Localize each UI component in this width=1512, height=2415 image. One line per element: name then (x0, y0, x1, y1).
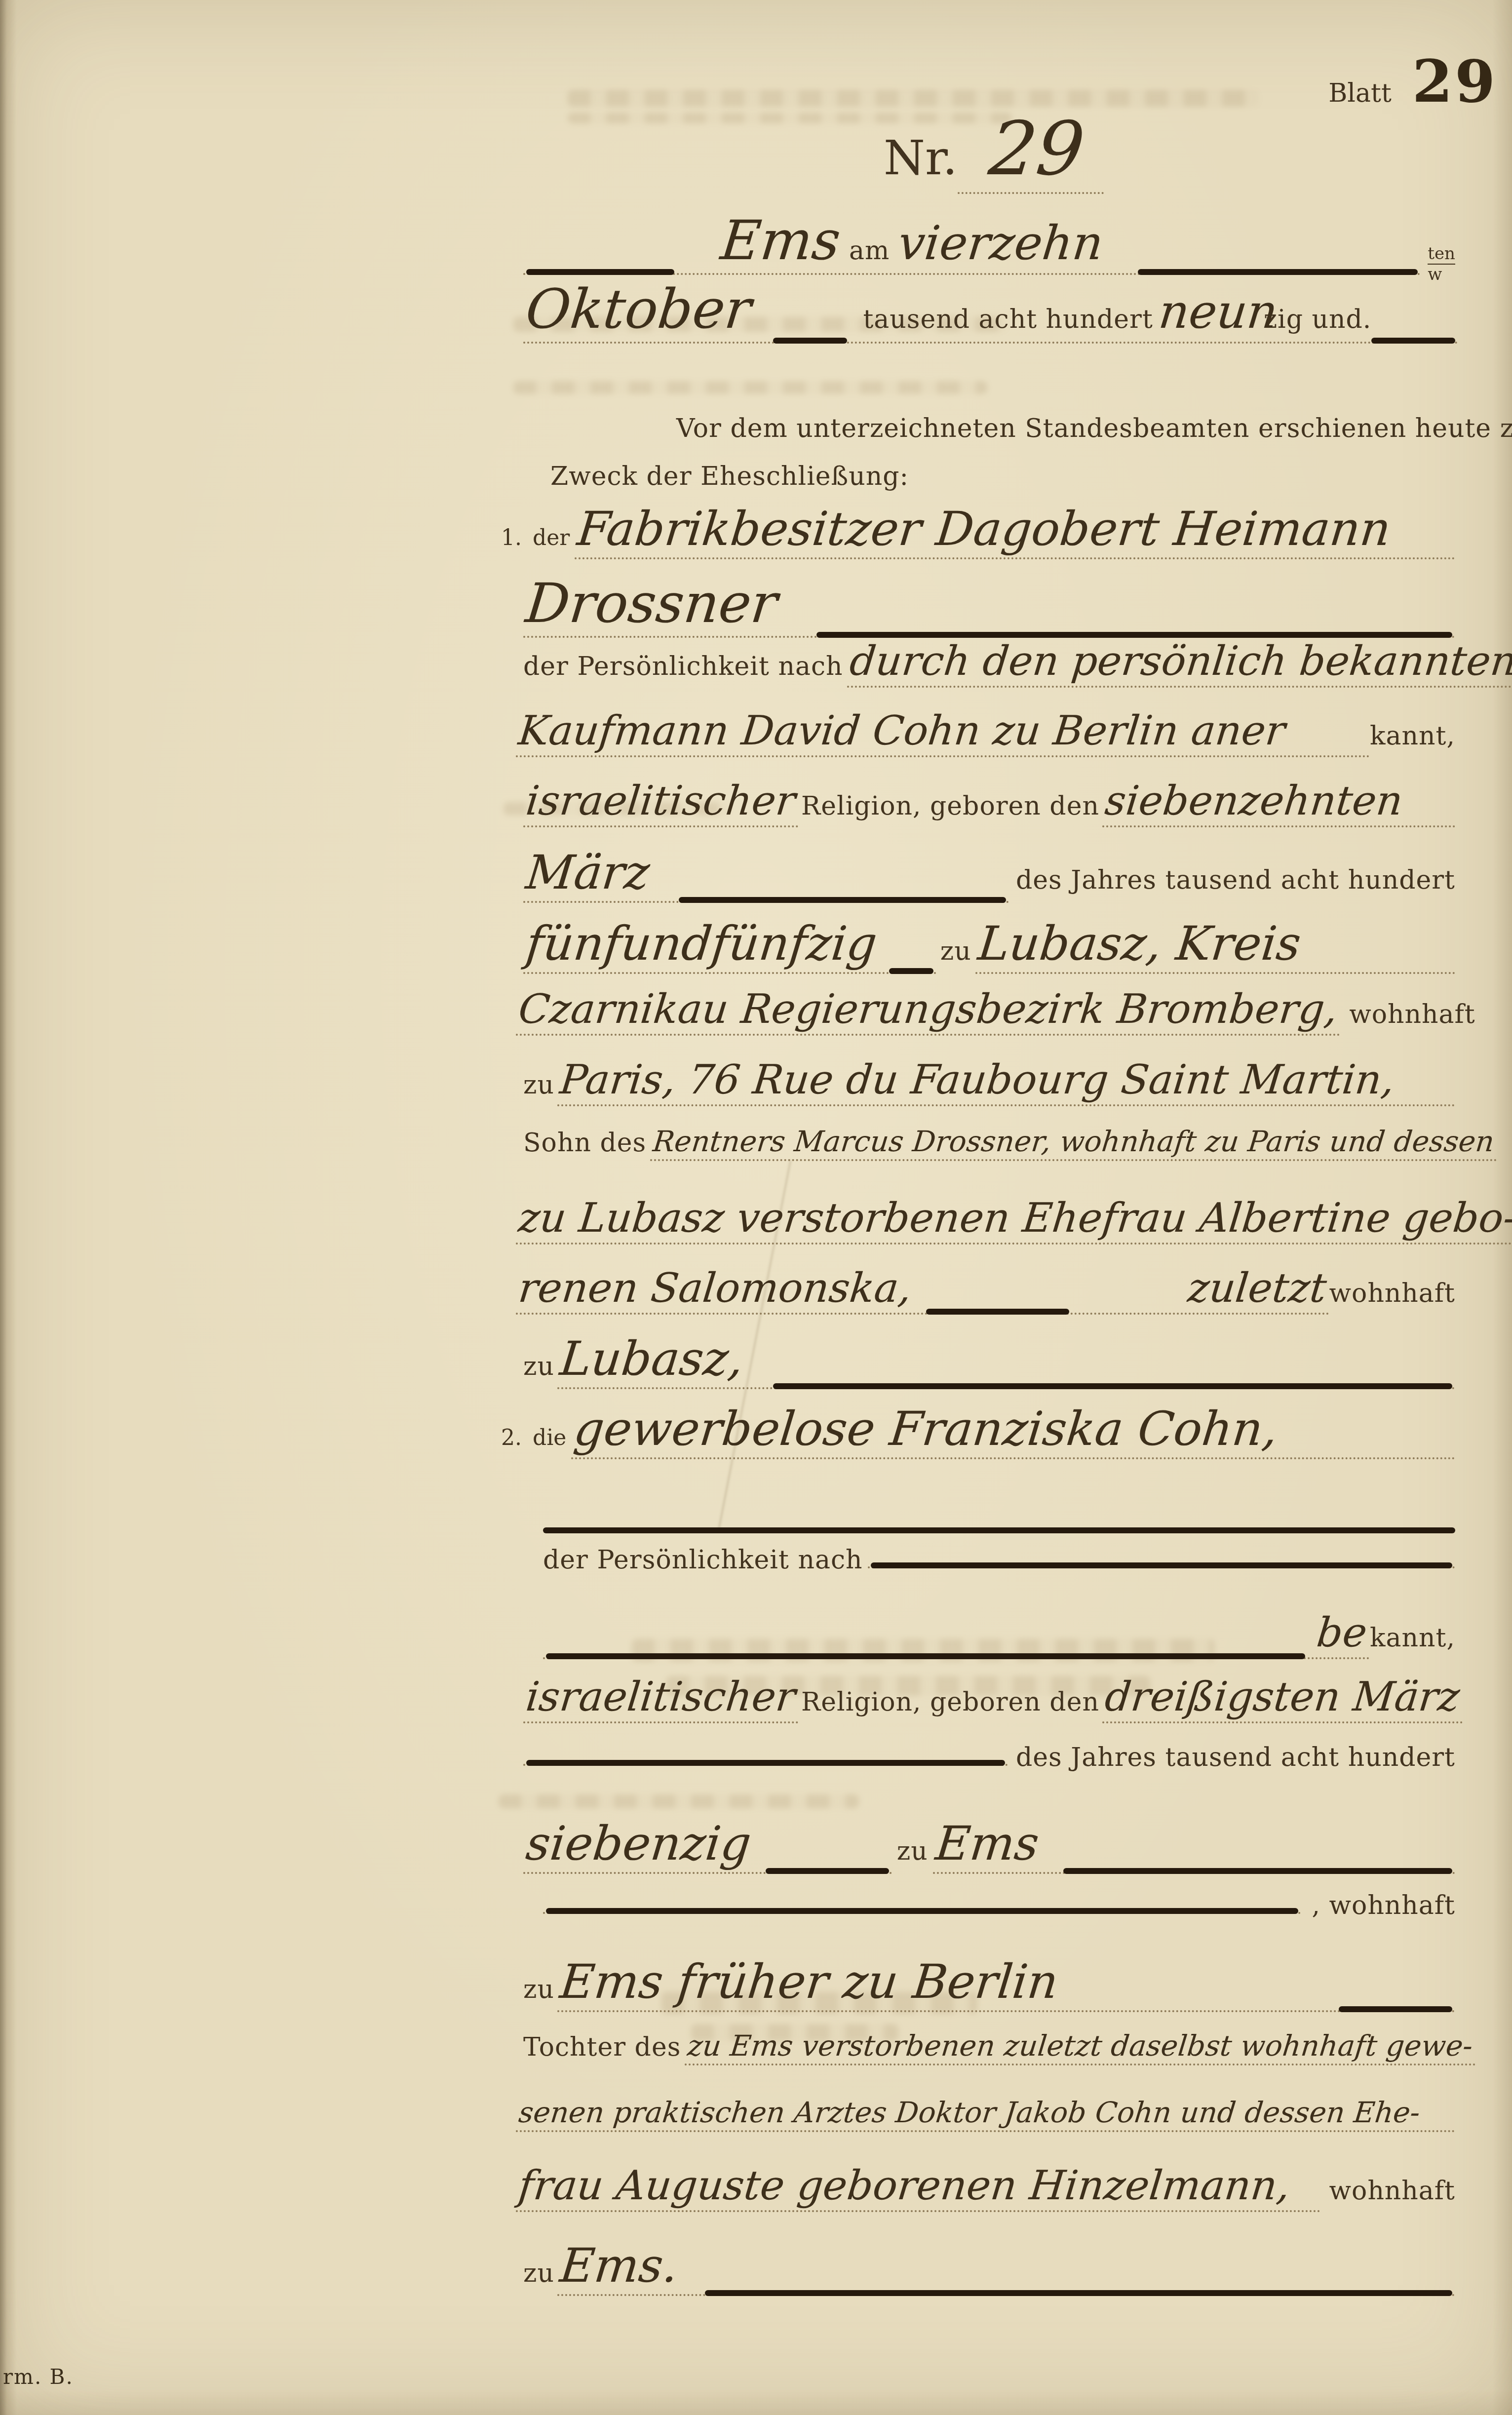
document-page: Blatt 29 Nr. 29 Ems am vierzehn ten w Ok… (0, 0, 1512, 2415)
bride-birth-place-hand: Ems (933, 1817, 1042, 1871)
sheet-header: Blatt 29 (1328, 47, 1497, 106)
residence-zu-label: zu (523, 1070, 554, 1100)
bride-identity-suffix: kannt, (1370, 1623, 1455, 1653)
ink-line (1063, 1868, 1452, 1874)
bride-religion-hand: israelitischer (524, 1674, 798, 1720)
record-number-value: 29 (985, 106, 1088, 192)
groom-residence-hand: Paris, 76 Rue du Faubourg Saint Martin, (558, 1056, 1397, 1103)
groom-birth-month-hand: März (523, 846, 652, 900)
bride-article: die (533, 1425, 566, 1450)
record-number-label: Nr. (884, 130, 958, 186)
record-number-row: Nr. 29 (884, 106, 1104, 165)
dateline-am-label: am (849, 236, 890, 266)
groom-last-residence-line: zu Lubasz, (523, 1332, 1455, 1391)
groom-residence-line: zu Paris, 76 Rue du Faubourg Saint Marti… (523, 1056, 1455, 1116)
groom-last-residence-hand: Lubasz, (557, 1332, 746, 1386)
bride-parents-line-3: frau Auguste geborenen Hinzelmann, wohnh… (516, 2162, 1455, 2221)
dateline-day: vierzehn (896, 216, 1106, 271)
wohnhaft-label-2: wohnhaft (1329, 1279, 1455, 1308)
dateline-place: Ems (718, 209, 844, 272)
ink-line (766, 1868, 889, 1874)
groom-article: der (533, 525, 570, 550)
groom-birth-day-hand: siebenzehnten (1103, 778, 1405, 824)
bride-wohnhaft-label-2: wohnhaft (1329, 2176, 1455, 2206)
bride-year-label: des Jahres tausend acht hundert (1016, 1743, 1455, 1772)
bride-residence-line: zu Ems früher zu Berlin (523, 1955, 1455, 2014)
sheet-number: 29 (1412, 47, 1497, 116)
groom-birth-year-hand: fünfundfünfzig (523, 917, 879, 971)
bleed-through-smudge (513, 381, 987, 394)
bride-residence-zu-label: zu (523, 1975, 554, 2004)
groom-parents-line-1: Sohn des Rentners Marcus Drossner, wohnh… (523, 1125, 1455, 1184)
bride-wohnhaft-label: , wohnhaft (1312, 1891, 1456, 1920)
ink-line (705, 2290, 1452, 2296)
bride-parents-line-1: Tochter des zu Ems verstorbenen zuletzt … (523, 2029, 1455, 2088)
ink-line (773, 338, 847, 344)
groom-identity-line-1: der Persönlichkeit nach durch den persön… (523, 638, 1455, 697)
religion-label: Religion, geboren den (801, 791, 1099, 821)
groom-name-line-2: Drossner (523, 572, 1455, 631)
month-year-line: Oktober tausend acht hundert neun zig un… (523, 277, 1455, 337)
bride-identity-label: der Persönlichkeit nach (543, 1545, 863, 1575)
dateline: Ems am vierzehn ten w (523, 209, 1455, 268)
bride-identity-line-2: be kannt, (543, 1609, 1455, 1669)
groom-zuletzt-hand: zuletzt (1186, 1265, 1329, 1312)
ink-line (1138, 269, 1418, 275)
bride-identity-hand: be (1315, 1609, 1369, 1656)
groom-birth-district-line: Czarnikau Regierungsbezirk Bromberg, woh… (516, 986, 1455, 1045)
ink-line (889, 968, 933, 974)
zu-label: zu (940, 936, 971, 966)
month-hand: Oktober (523, 277, 754, 341)
groom-identity-hand-1: durch den persönlich bekannten (848, 638, 1512, 685)
footer-form-note: rm. B. (3, 2365, 74, 2389)
groom-birth-month-line: März des Jahres tausend acht hundert (523, 846, 1455, 905)
bride-identity-line-1: der Persönlichkeit nach (543, 1545, 1455, 1604)
bride-last-residence-zu-label: zu (523, 2259, 554, 2288)
groom-birth-place-hand: Lubasz, Kreis (975, 917, 1303, 971)
identity-label: der Persönlichkeit nach (523, 652, 843, 681)
bride-residence-hand: Ems früher zu Berlin (557, 1955, 1061, 2009)
parents-label: Sohn des (523, 1128, 646, 1158)
ink-line (773, 1383, 1452, 1389)
ordinal-suffix-top: ten (1428, 245, 1455, 265)
groom-parents-hand-3: renen Salomonska, (516, 1265, 914, 1312)
record-number-blank: 29 (958, 106, 1104, 194)
ink-line (546, 1653, 1305, 1659)
year-label: des Jahres tausend acht hundert (1016, 865, 1455, 895)
identity-suffix: kannt, (1370, 721, 1455, 751)
bride-religion-label: Religion, geboren den (801, 1687, 1099, 1717)
groom-parents-hand-2: zu Lubasz verstorbenen Ehefrau Albertine… (516, 1195, 1512, 1242)
bride-religion-line: israelitischer Religion, geboren den dre… (523, 1674, 1455, 1733)
groom-birth-place-hand-2: Czarnikau Regierungsbezirk Bromberg, (516, 986, 1340, 1033)
last-residence-zu-label: zu (523, 1352, 554, 1381)
ink-line (543, 1527, 1455, 1533)
bride-parents-hand-1: zu Ems verstorbenen zuletzt daselbst woh… (686, 2029, 1474, 2063)
bride-name-hand: gewerbelose Franziska Cohn, (571, 1402, 1280, 1456)
bride-birth-year-hand: siebenzig (523, 1817, 753, 1871)
groom-religion-line: israelitischer Religion, geboren den sie… (523, 778, 1455, 837)
groom-parents-line-3: renen Salomonska, zuletzt wohnhaft (516, 1265, 1455, 1324)
ink-line (926, 1309, 1069, 1315)
decade-label: zig und. (1264, 305, 1372, 334)
ink-line (816, 632, 1452, 638)
groom-name-hand-1: Fabrikbesitzer Dagobert Heimann (575, 502, 1393, 556)
groom-name-line-1: 1. der Fabrikbesitzer Dagobert Heimann (501, 502, 1455, 561)
groom-name-hand-2: Drossner (523, 572, 780, 635)
ink-line (526, 1760, 1005, 1766)
ink-line (679, 897, 1006, 903)
groom-parents-hand-1: Rentners Marcus Drossner, wohnhaft zu Pa… (652, 1125, 1496, 1158)
intro-line-1: Vor dem unterzeichneten Standesbeamten e… (676, 414, 1512, 443)
bride-birth-year-line: siebenzig zu Ems (523, 1817, 1455, 1876)
bride-last-residence-line: zu Ems. (523, 2239, 1455, 2298)
groom-identity-hand-2: Kaufmann David Cohn zu Berlin aner (516, 707, 1287, 754)
ink-line (1339, 2006, 1452, 2012)
bride-birth-day-hand: dreißigsten März (1103, 1674, 1462, 1720)
bride-wohnhaft-line: , wohnhaft (543, 1891, 1455, 1950)
century-label: tausend acht hundert (863, 305, 1153, 334)
groom-birth-year-line: fünfundfünfzig zu Lubasz, Kreis (523, 917, 1455, 976)
bride-parents-hand-2: senen praktischen Arztes Doktor Jakob Co… (517, 2096, 1422, 2129)
bride-birth-year-label-line: des Jahres tausend acht hundert (523, 1743, 1455, 1802)
ink-line (871, 1562, 1452, 1568)
bride-name-line-2 (543, 1471, 1455, 1530)
bride-zu-label: zu (897, 1836, 928, 1866)
groom-parents-line-2: zu Lubasz verstorbenen Ehefrau Albertine… (516, 1195, 1455, 1254)
bride-parents-hand-3: frau Auguste geborenen Hinzelmann, (516, 2162, 1292, 2209)
intro-line-2: Zweck der Eheschließung: (550, 462, 909, 491)
ink-line (546, 1908, 1298, 1914)
bride-item-number: 2. (501, 1425, 522, 1450)
bride-name-line-1: 2. die gewerbelose Franziska Cohn, (501, 1402, 1455, 1461)
groom-item-number: 1. (501, 525, 522, 550)
ink-line (1371, 338, 1455, 344)
bleed-through-smudge (568, 90, 1259, 107)
groom-religion-hand: israelitischer (524, 778, 798, 824)
sheet-label: Blatt (1328, 78, 1392, 108)
ink-line (526, 269, 674, 275)
groom-identity-line-2: Kaufmann David Cohn zu Berlin aner kannt… (516, 707, 1455, 767)
bride-parents-line-2: senen praktischen Arztes Doktor Jakob Co… (516, 2096, 1455, 2155)
bride-parents-label: Tochter des (523, 2032, 681, 2062)
wohnhaft-label: wohnhaft (1349, 1000, 1475, 1029)
decade-hand: neun (1156, 285, 1280, 339)
bride-last-residence-hand: Ems. (557, 2239, 681, 2293)
